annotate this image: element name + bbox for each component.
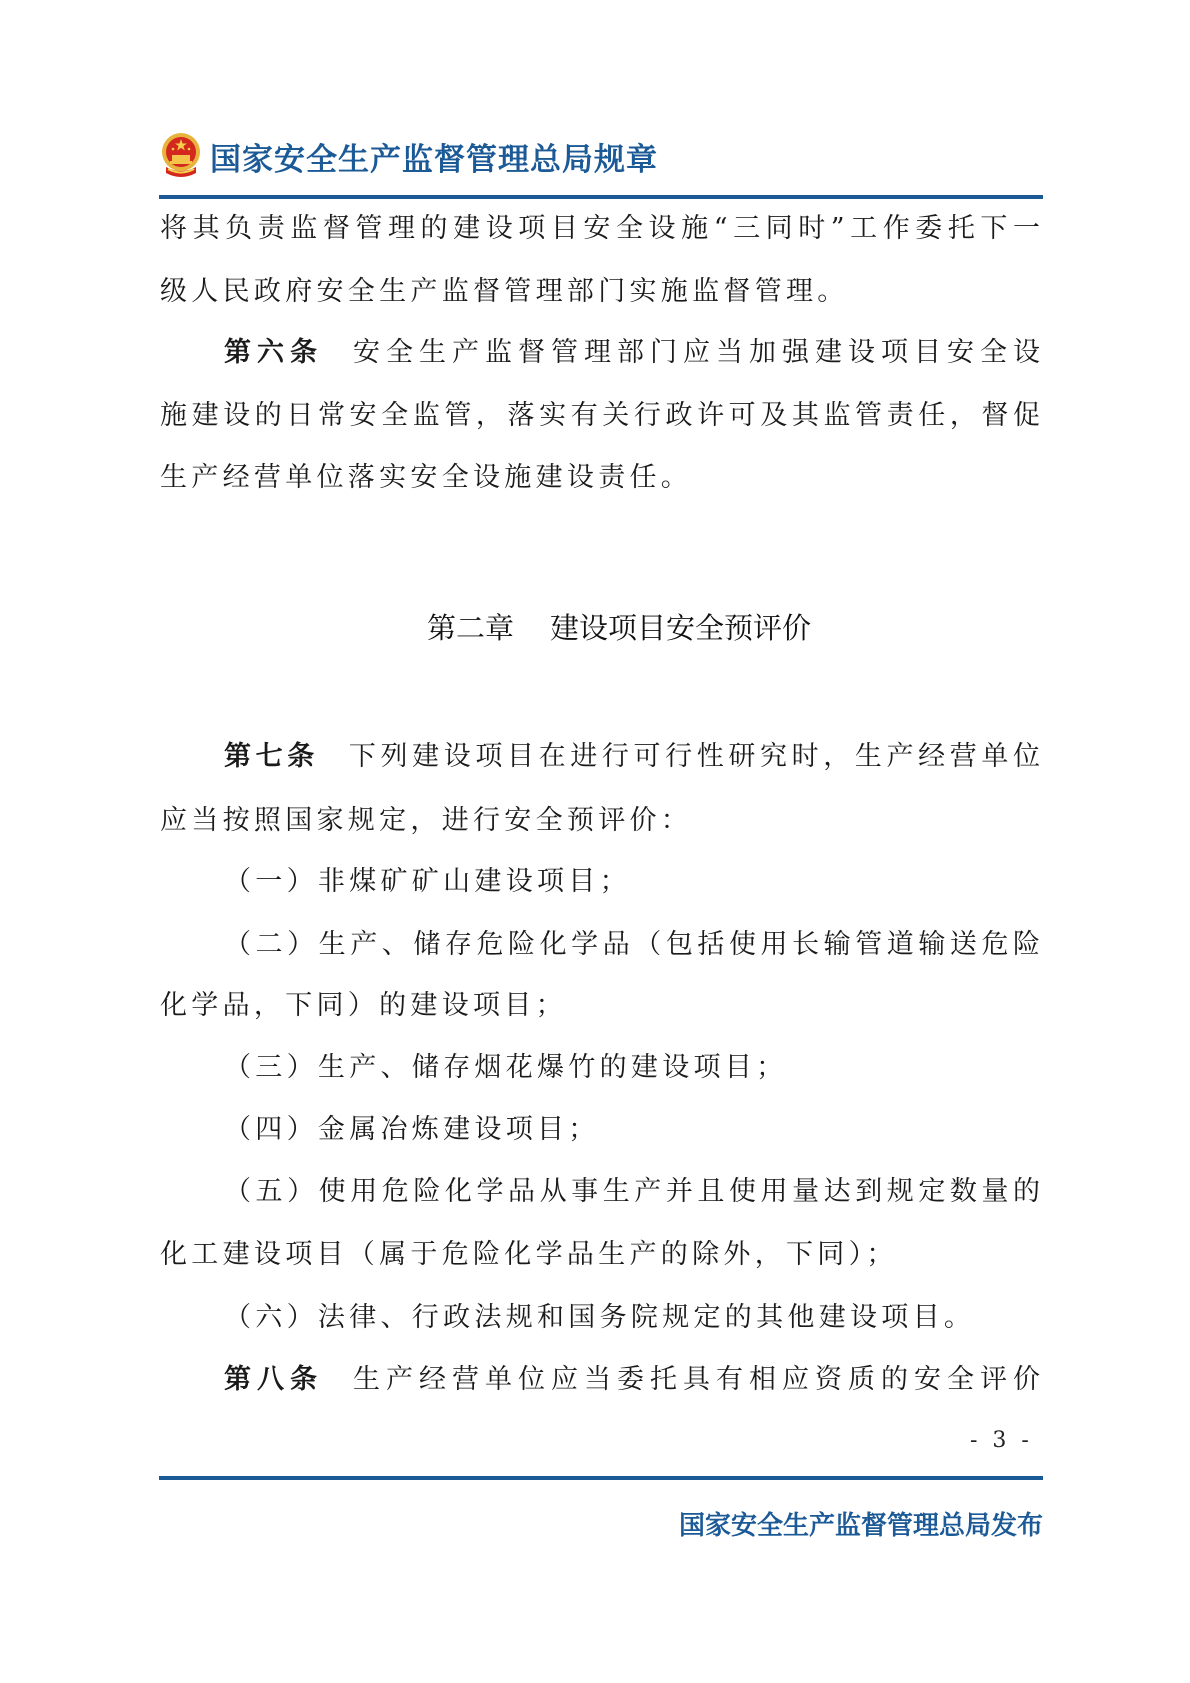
footer-divider	[159, 1476, 1043, 1480]
chapter-title: 建设项目安全预评价	[550, 611, 811, 645]
article-6-text: 安全生产监督管理部门应当加强建设项目安全设	[353, 337, 1040, 368]
article-8-label: 第八条	[224, 1364, 323, 1395]
article-6-first-line: 第六条安全生产监督管理部门应当加强建设项目安全设	[224, 331, 1040, 375]
paragraph-line: 将其负责监督管理的建设项目安全设施“三同时”工作委托下一	[160, 207, 1040, 251]
page-header: 国家安全生产监督管理总局规章	[160, 128, 658, 184]
article-8-first-line: 第八条生产经营单位应当委托具有相应资质的安全评价	[224, 1358, 1040, 1402]
list-item: （二）生产、储存危险化学品（包括使用长输管道输送危险	[224, 923, 1040, 967]
national-emblem-icon	[160, 131, 202, 181]
list-item-continuation: 化工建设项目（属于危险化学品生产的除外，下同）；	[160, 1233, 1040, 1277]
article-7-label: 第七条	[224, 741, 319, 772]
paragraph-line: 生产经营单位落实安全设施建设责任。	[160, 456, 1040, 500]
paragraph-line: 施建设的日常安全监管，落实有关行政许可及其监管责任，督促	[160, 394, 1040, 438]
chapter-number: 第二章	[427, 611, 514, 645]
list-item: （五）使用危险化学品从事生产并且使用量达到规定数量的	[224, 1170, 1040, 1214]
article-8-text: 生产经营单位应当委托具有相应资质的安全评价	[353, 1364, 1040, 1395]
list-item: （六）法律、行政法规和国务院规定的其他建设项目。	[224, 1296, 1104, 1340]
header-title: 国家安全生产监督管理总局规章	[210, 134, 658, 179]
article-7-text: 下列建设项目在进行可行性研究时，生产经营单位	[349, 741, 1040, 772]
footer-publisher: 国家安全生产监督管理总局发布	[653, 1505, 1043, 1542]
paragraph-line: 应当按照国家规定，进行安全预评价：	[160, 799, 1040, 843]
paragraph-line: 级人民政府安全生产监督管理部门实施监督管理。	[160, 270, 1040, 314]
header-divider	[159, 195, 1043, 199]
article-7-first-line: 第七条下列建设项目在进行可行性研究时，生产经营单位	[224, 735, 1040, 779]
page-number: - 3 -	[970, 1428, 1033, 1453]
list-item: （四）金属冶炼建设项目；	[224, 1108, 1104, 1152]
list-item-continuation: 化学品，下同）的建设项目；	[160, 984, 1040, 1028]
article-6-label: 第六条	[224, 337, 323, 368]
chapter-heading: 第二章建设项目安全预评价	[427, 606, 811, 650]
list-item: （三）生产、储存烟花爆竹的建设项目；	[224, 1046, 1104, 1090]
list-item: （一）非煤矿矿山建设项目；	[224, 860, 1104, 904]
